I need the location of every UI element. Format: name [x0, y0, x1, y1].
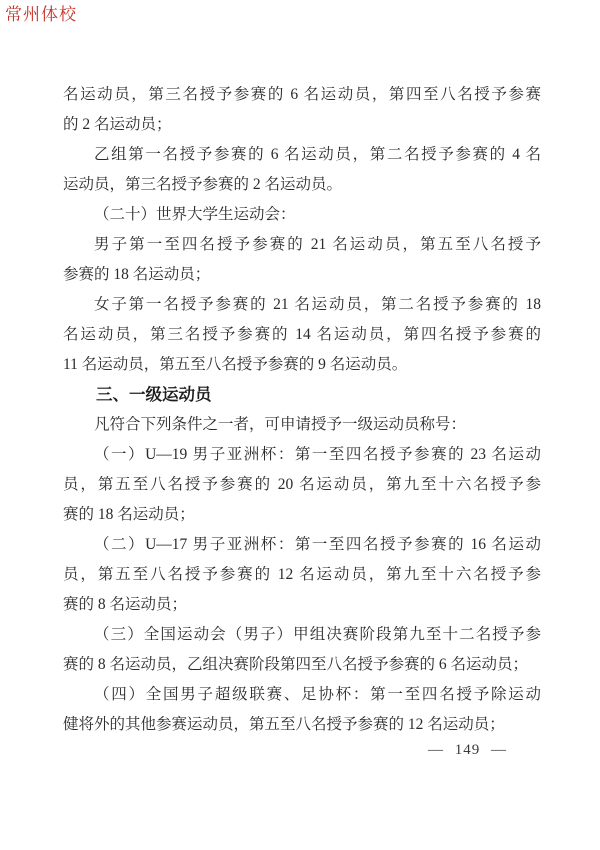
section-heading: 三、一级运动员	[63, 380, 541, 410]
text-line: 名运动员，第三名授予参赛的 14 名运动员，第四名授予参赛的	[63, 320, 541, 350]
text-line: 乙组第一名授予参赛的 6 名运动员，第二名授予参赛的 4 名	[63, 140, 541, 170]
text-line: 赛的 8 名运动员；	[63, 590, 541, 620]
text-line: 名运动员，第三名授予参赛的 6 名运动员，第四至八名授予参赛	[63, 80, 541, 110]
text-line: 参赛的 18 名运动员；	[63, 260, 541, 290]
text-line: 凡符合下列条件之一者，可申请授予一级运动员称号：	[63, 410, 541, 440]
watermark: 常州体校	[5, 6, 77, 24]
document-body: 名运动员，第三名授予参赛的 6 名运动员，第四至八名授予参赛 的 2 名运动员；…	[63, 80, 541, 740]
text-line: 员，第五至八名授予参赛的 12 名运动员，第九至十六名授予参	[63, 560, 541, 590]
text-line: （四）全国男子超级联赛、足协杯：第一至四名授予除运动	[63, 680, 541, 710]
text-line: 员，第五至八名授予参赛的 20 名运动员，第九至十六名授予参	[63, 470, 541, 500]
text-line: 赛的 18 名运动员；	[63, 500, 541, 530]
text-line: 男子第一至四名授予参赛的 21 名运动员，第五至八名授予	[63, 230, 541, 260]
text-line: （一）U—19 男子亚洲杯：第一至四名授予参赛的 23 名运动	[63, 440, 541, 470]
text-line: （二十）世界大学生运动会：	[63, 200, 541, 230]
text-line: （三）全国运动会（男子）甲组决赛阶段第九至十二名授予参	[63, 620, 541, 650]
text-line: 11 名运动员，第五至八名授予参赛的 9 名运动员。	[63, 350, 541, 380]
document-page: 常州体校 名运动员，第三名授予参赛的 6 名运动员，第四至八名授予参赛 的 2 …	[0, 0, 600, 850]
text-line: 健将外的其他参赛运动员，第五至八名授予参赛的 12 名运动员；	[63, 710, 541, 740]
text-line: 的 2 名运动员；	[63, 110, 541, 140]
text-line: 运动员，第三名授予参赛的 2 名运动员。	[63, 170, 541, 200]
page-number: — 149 —	[428, 742, 507, 759]
text-line: 赛的 8 名运动员，乙组决赛阶段第四至八名授予参赛的 6 名运动员；	[63, 650, 541, 680]
text-line: 女子第一名授予参赛的 21 名运动员，第二名授予参赛的 18	[63, 290, 541, 320]
text-line: （二）U—17 男子亚洲杯：第一至四名授予参赛的 16 名运动	[63, 530, 541, 560]
